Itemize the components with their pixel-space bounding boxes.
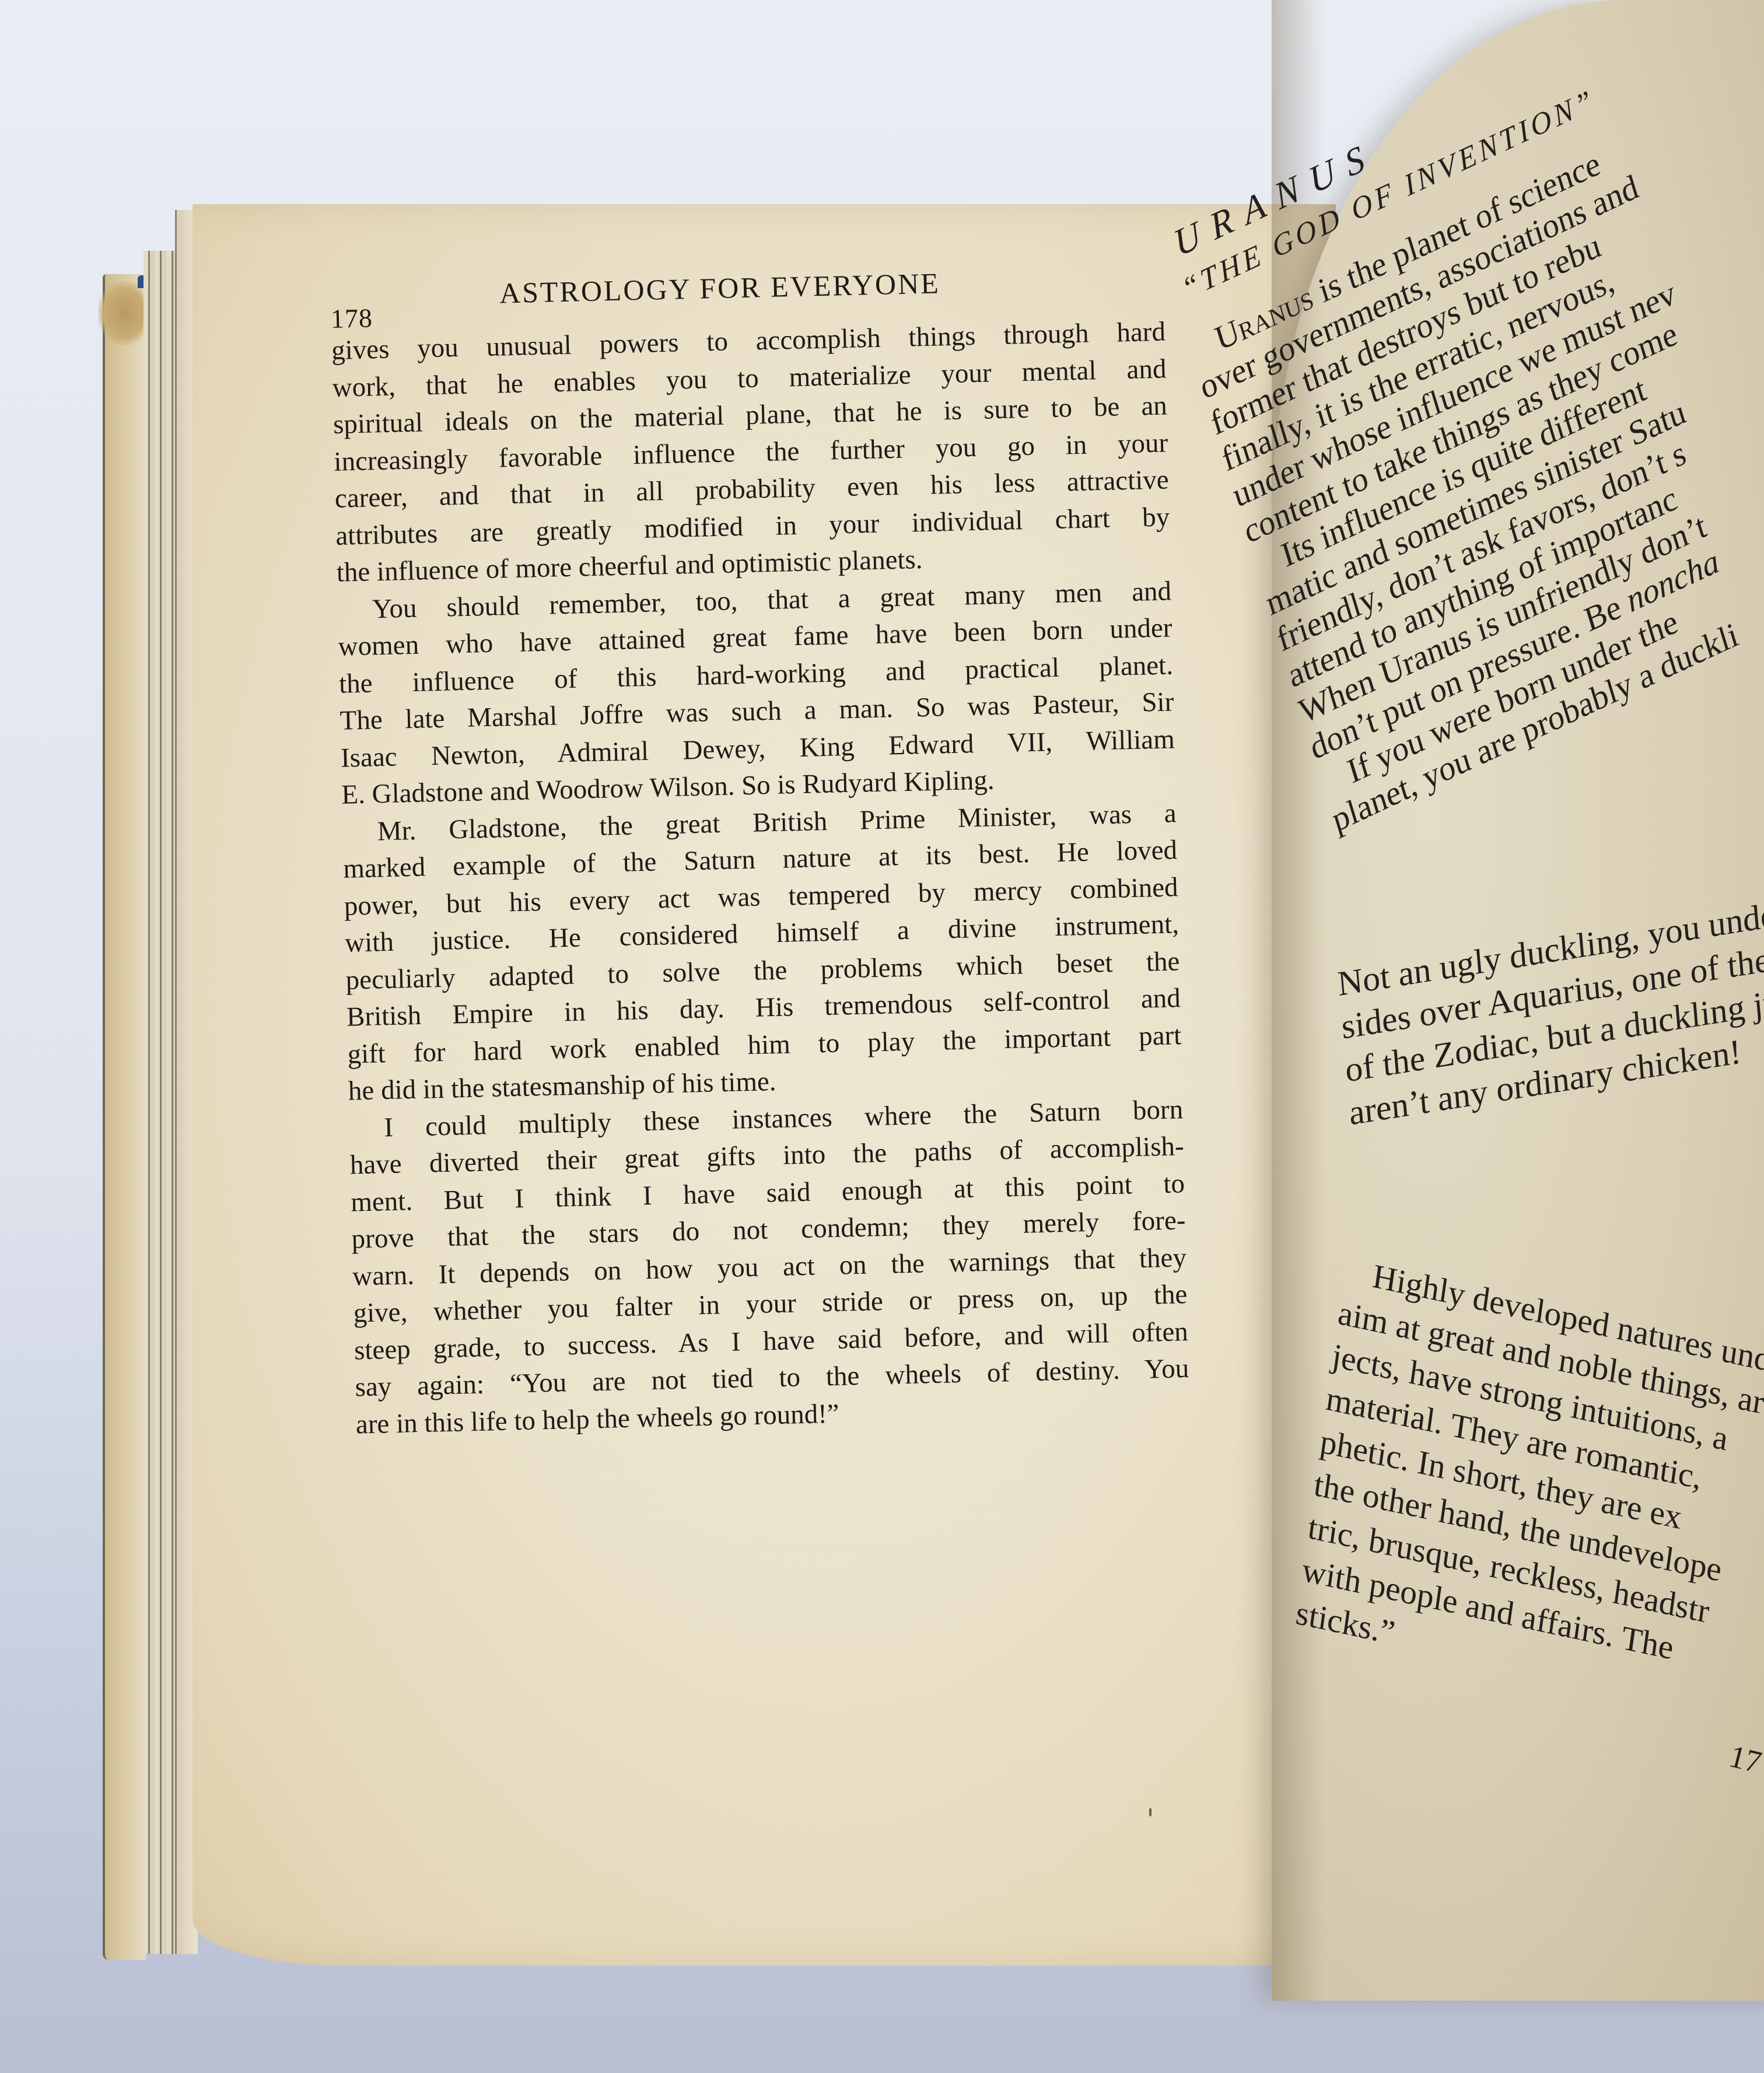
- paragraph: Mr. Gladstone, the great British Prime M…: [342, 795, 1182, 1110]
- frayed-cover-corner: [98, 281, 150, 345]
- paragraph: I could multiply these instances where t…: [349, 1091, 1191, 1444]
- left-paragraphs: gives you unusual powers to accomplish t…: [331, 314, 1190, 1444]
- left-page: 178 ASTROLOGY FOR EVERYONE gives you unu…: [192, 204, 1336, 1966]
- paragraph: You should remember, too, that a great m…: [337, 573, 1176, 814]
- book-photo: 178 ASTROLOGY FOR EVERYONE gives you unu…: [0, 0, 1764, 2073]
- left-page-text: 178 ASTROLOGY FOR EVERYONE gives you unu…: [330, 250, 1190, 1444]
- paper-mark: [1149, 1808, 1151, 1816]
- book-cover-edge: [103, 274, 146, 1960]
- book-title: ASTROLOGY FOR EVERYONE: [499, 266, 940, 310]
- page-number: 178: [330, 302, 373, 334]
- paragraph: gives you unusual powers to accomplish t…: [331, 314, 1171, 592]
